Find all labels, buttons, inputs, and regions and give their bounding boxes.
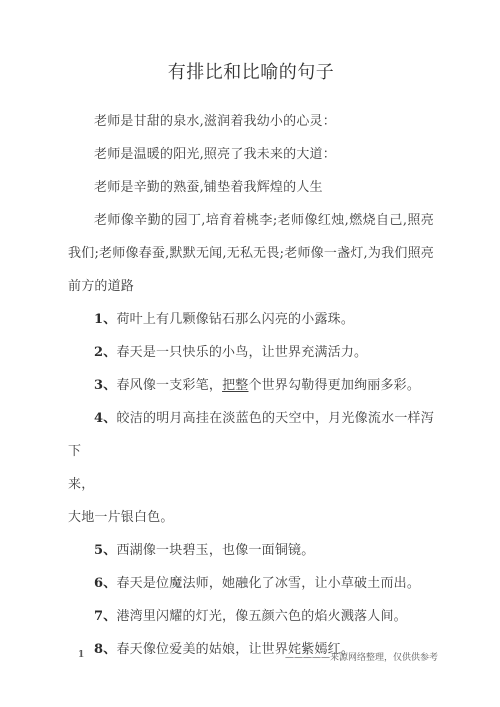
list-item-6-text: 春天是位魔法师，她融化了冰雪，让小草破土而出。: [116, 576, 420, 591]
list-item-4-number: 4、: [94, 411, 117, 426]
page-footer: 1 —————来源网络整理，仅供供参考: [0, 646, 500, 666]
paragraph-teacher-4: 老师像辛勤的园丁,培育着桃李;老师像红烛,燃烧自己,照亮我们;老师像春蚕,默默无…: [68, 204, 434, 303]
document-page: 有排比和比喻的句子 老师是甘甜的泉水,滋润着我幼小的心灵： 老师是温暖的阳光,照…: [0, 0, 500, 707]
source-note-text: 来源网络整理，仅供供参考: [330, 653, 438, 663]
document-content: 有排比和比喻的句子 老师是甘甜的泉水,滋润着我幼小的心灵： 老师是温暖的阳光,照…: [0, 0, 500, 666]
list-item-4: 4、皎洁的明月高挂在淡蓝色的天空中，月光像流水一样泻下: [68, 402, 434, 468]
list-item-7-text: 港湾里闪耀的灯光，像五颜六色的焰火溅落人间。: [116, 609, 406, 624]
list-item-6-number: 6、: [94, 576, 116, 591]
list-item-3-number: 3、: [94, 378, 116, 393]
list-item-5-number: 5、: [94, 543, 116, 558]
page-number: 1: [78, 650, 84, 660]
list-item-1-text: 荷叶上有几颗像钻石那么闪亮的小露珠。: [116, 312, 354, 327]
list-item-4-line3: 大地一片银白色。: [68, 501, 434, 534]
paragraph-teacher-2: 老师是温暖的阳光,照亮了我未来的大道：: [68, 138, 434, 171]
list-item-3-text-pre: 春风像一支彩笔，: [116, 378, 222, 393]
list-item-5-text: 西湖像一块碧玉，也像一面铜镜。: [116, 543, 314, 558]
paragraph-teacher-1: 老师是甘甜的泉水,滋润着我幼小的心灵：: [68, 105, 434, 138]
list-item-3-text-underlined: 把整: [222, 378, 248, 393]
source-note-dashes: —————: [285, 653, 330, 663]
list-item-7: 7、港湾里闪耀的灯光，像五颜六色的焰火溅落人间。: [68, 600, 434, 633]
list-item-2-text: 春天是一只快乐的小鸟，让世界充满活力。: [116, 345, 367, 360]
list-item-4-line2: 来，: [68, 468, 434, 501]
list-item-2: 2、春天是一只快乐的小鸟，让世界充满活力。: [68, 336, 434, 369]
list-item-6: 6、春天是位魔法师，她融化了冰雪，让小草破土而出。: [68, 567, 434, 600]
list-item-3: 3、春风像一支彩笔，把整个世界勾勒得更加绚丽多彩。: [68, 369, 434, 402]
list-item-5: 5、西湖像一块碧玉，也像一面铜镜。: [68, 534, 434, 567]
list-item-3-text-post: 个世界勾勒得更加绚丽多彩。: [248, 378, 420, 393]
list-item-7-number: 7、: [94, 609, 116, 624]
list-item-1: 1、荷叶上有几颗像钻石那么闪亮的小露珠。: [68, 303, 434, 336]
list-item-1-number: 1、: [94, 312, 116, 327]
list-item-2-number: 2、: [94, 345, 116, 360]
source-note: —————来源网络整理，仅供供参考: [285, 650, 438, 663]
list-item-4-line1: 皎洁的明月高挂在淡蓝色的天空中，月光像流水一样泻下: [68, 411, 434, 459]
page-title: 有排比和比喻的句子: [68, 56, 434, 89]
paragraph-teacher-3: 老师是辛勤的熟蚕,铺垫着我辉煌的人生: [68, 171, 434, 204]
